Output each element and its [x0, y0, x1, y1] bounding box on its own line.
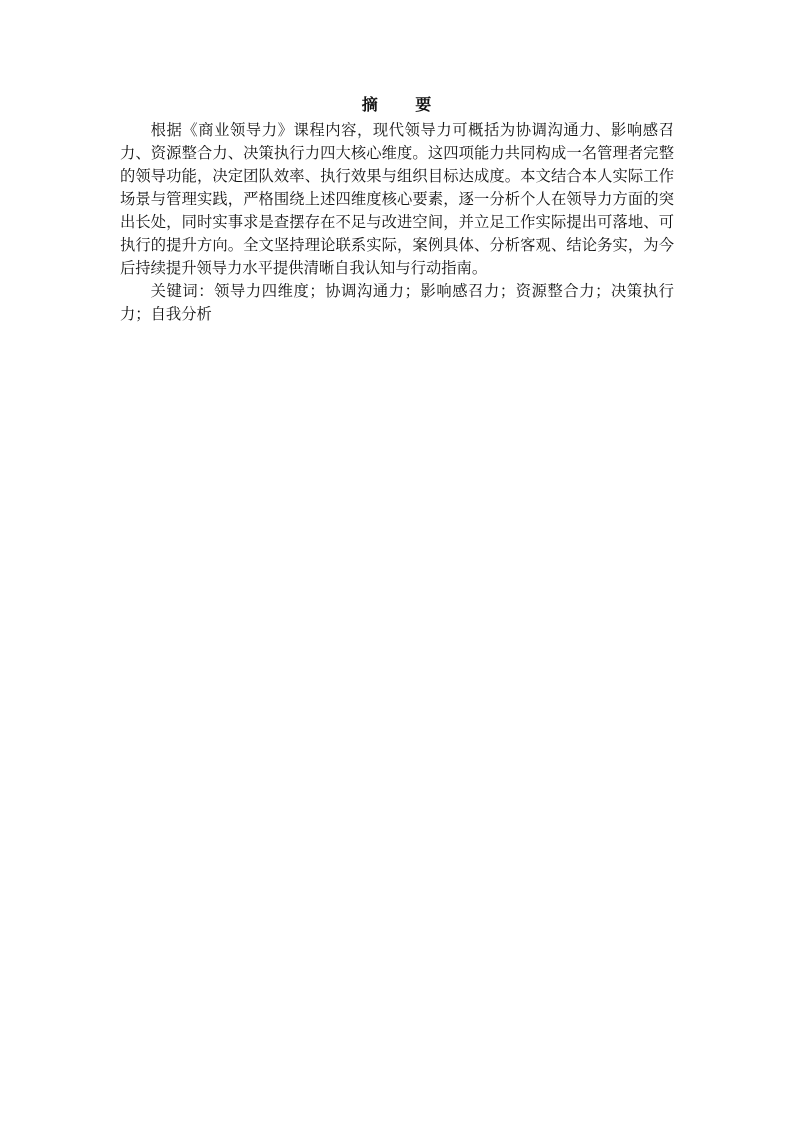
document-page: 摘 要 根据《商业领导力》课程内容，现代领导力可概括为协调沟通力、影响感召力、资… [0, 0, 793, 1122]
abstract-title: 摘 要 [0, 95, 793, 115]
abstract-paragraph: 根据《商业领导力》课程内容，现代领导力可概括为协调沟通力、影响感召力、资源整合力… [120, 119, 674, 280]
keywords-label: 关键词： [151, 282, 215, 300]
keywords-paragraph: 关键词：领导力四维度；协调沟通力；影响感召力；资源整合力；决策执行力；自我分析 [120, 280, 674, 326]
abstract-body: 根据《商业领导力》课程内容，现代领导力可概括为协调沟通力、影响感召力、资源整合力… [120, 119, 674, 326]
